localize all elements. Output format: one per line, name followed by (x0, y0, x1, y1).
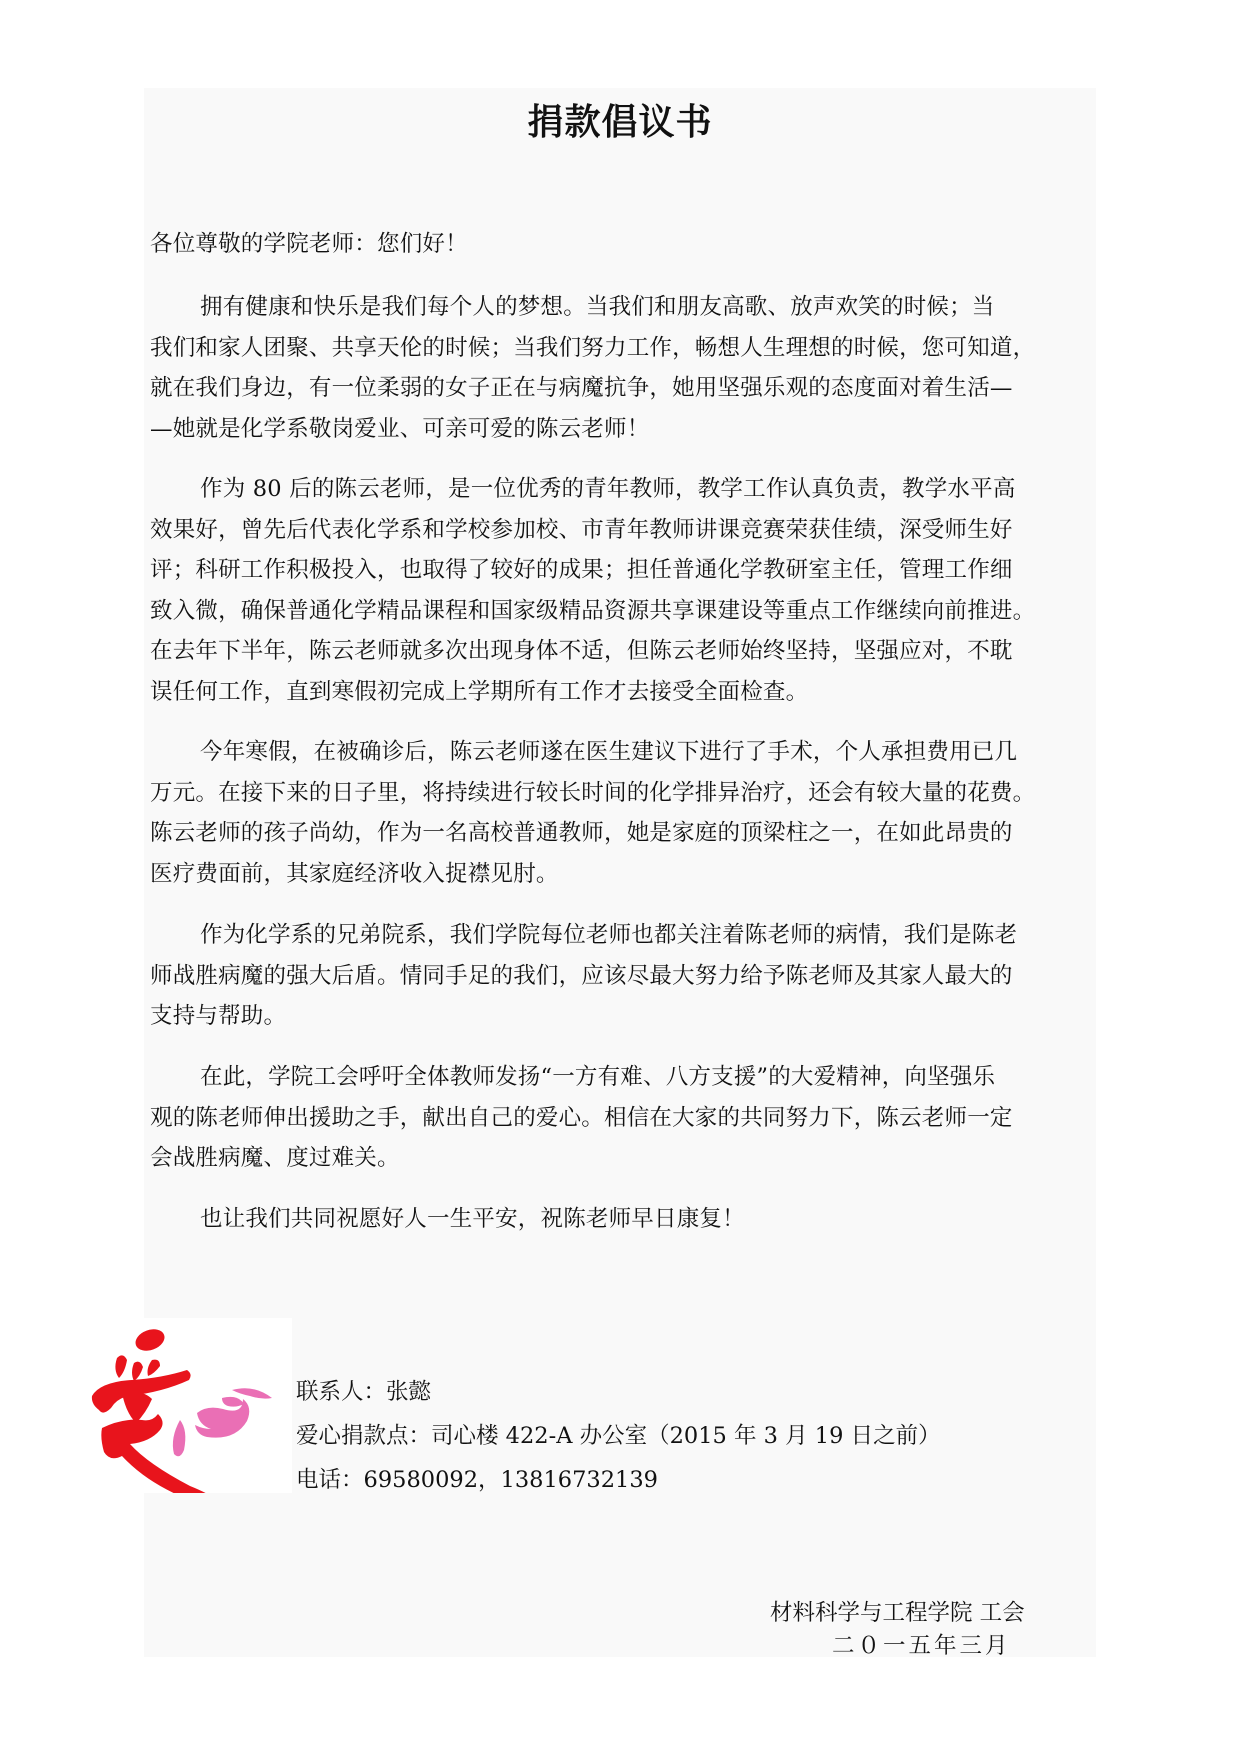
paragraph-1: 拥有健康和快乐是我们每个人的梦想。当我们和朋友高歌、放声欢笑的时候；当 我们和家… (150, 287, 1095, 449)
signature: 材料科学与工程学院 工会 二０一五年三月 (770, 1597, 1070, 1663)
paragraph-5: 在此，学院工会呼吁全体教师发扬“一方有难、八方支援”的大爱精神，向坚强乐 观的陈… (150, 1057, 1095, 1179)
contact-person: 联系人：张懿 (296, 1370, 431, 1414)
paragraph-4: 作为化学系的兄弟院系，我们学院每位老师也都关注着陈老师的病情，我们是陈老 师战胜… (150, 915, 1095, 1037)
paragraph-2: 作为 80 后的陈云老师，是一位优秀的青年教师，教学工作认真负责，教学水平高 效… (150, 469, 1095, 712)
signature-date: 二０一五年三月 (770, 1630, 1070, 1663)
love-calligraphy-icon (72, 1318, 292, 1493)
contact-phone: 电话：69580092，13816732139 (296, 1458, 658, 1502)
paragraph-6: 也让我们共同祝愿好人一生平安，祝陈老师早日康复！ (150, 1199, 1095, 1240)
love-heart-logo (72, 1318, 292, 1493)
donation-location: 爱心捐款点：司心楼 422-A 办公室（2015 年 3 月 19 日之前） (296, 1414, 941, 1458)
signature-org: 材料科学与工程学院 工会 (770, 1597, 1070, 1630)
greeting: 各位尊敬的学院老师：您们好！ (150, 224, 1095, 265)
paragraph-3: 今年寒假，在被确诊后，陈云老师遂在医生建议下进行了手术，个人承担费用已几 万元。… (150, 732, 1095, 894)
document-title: 捐款倡议书 (144, 98, 1096, 148)
